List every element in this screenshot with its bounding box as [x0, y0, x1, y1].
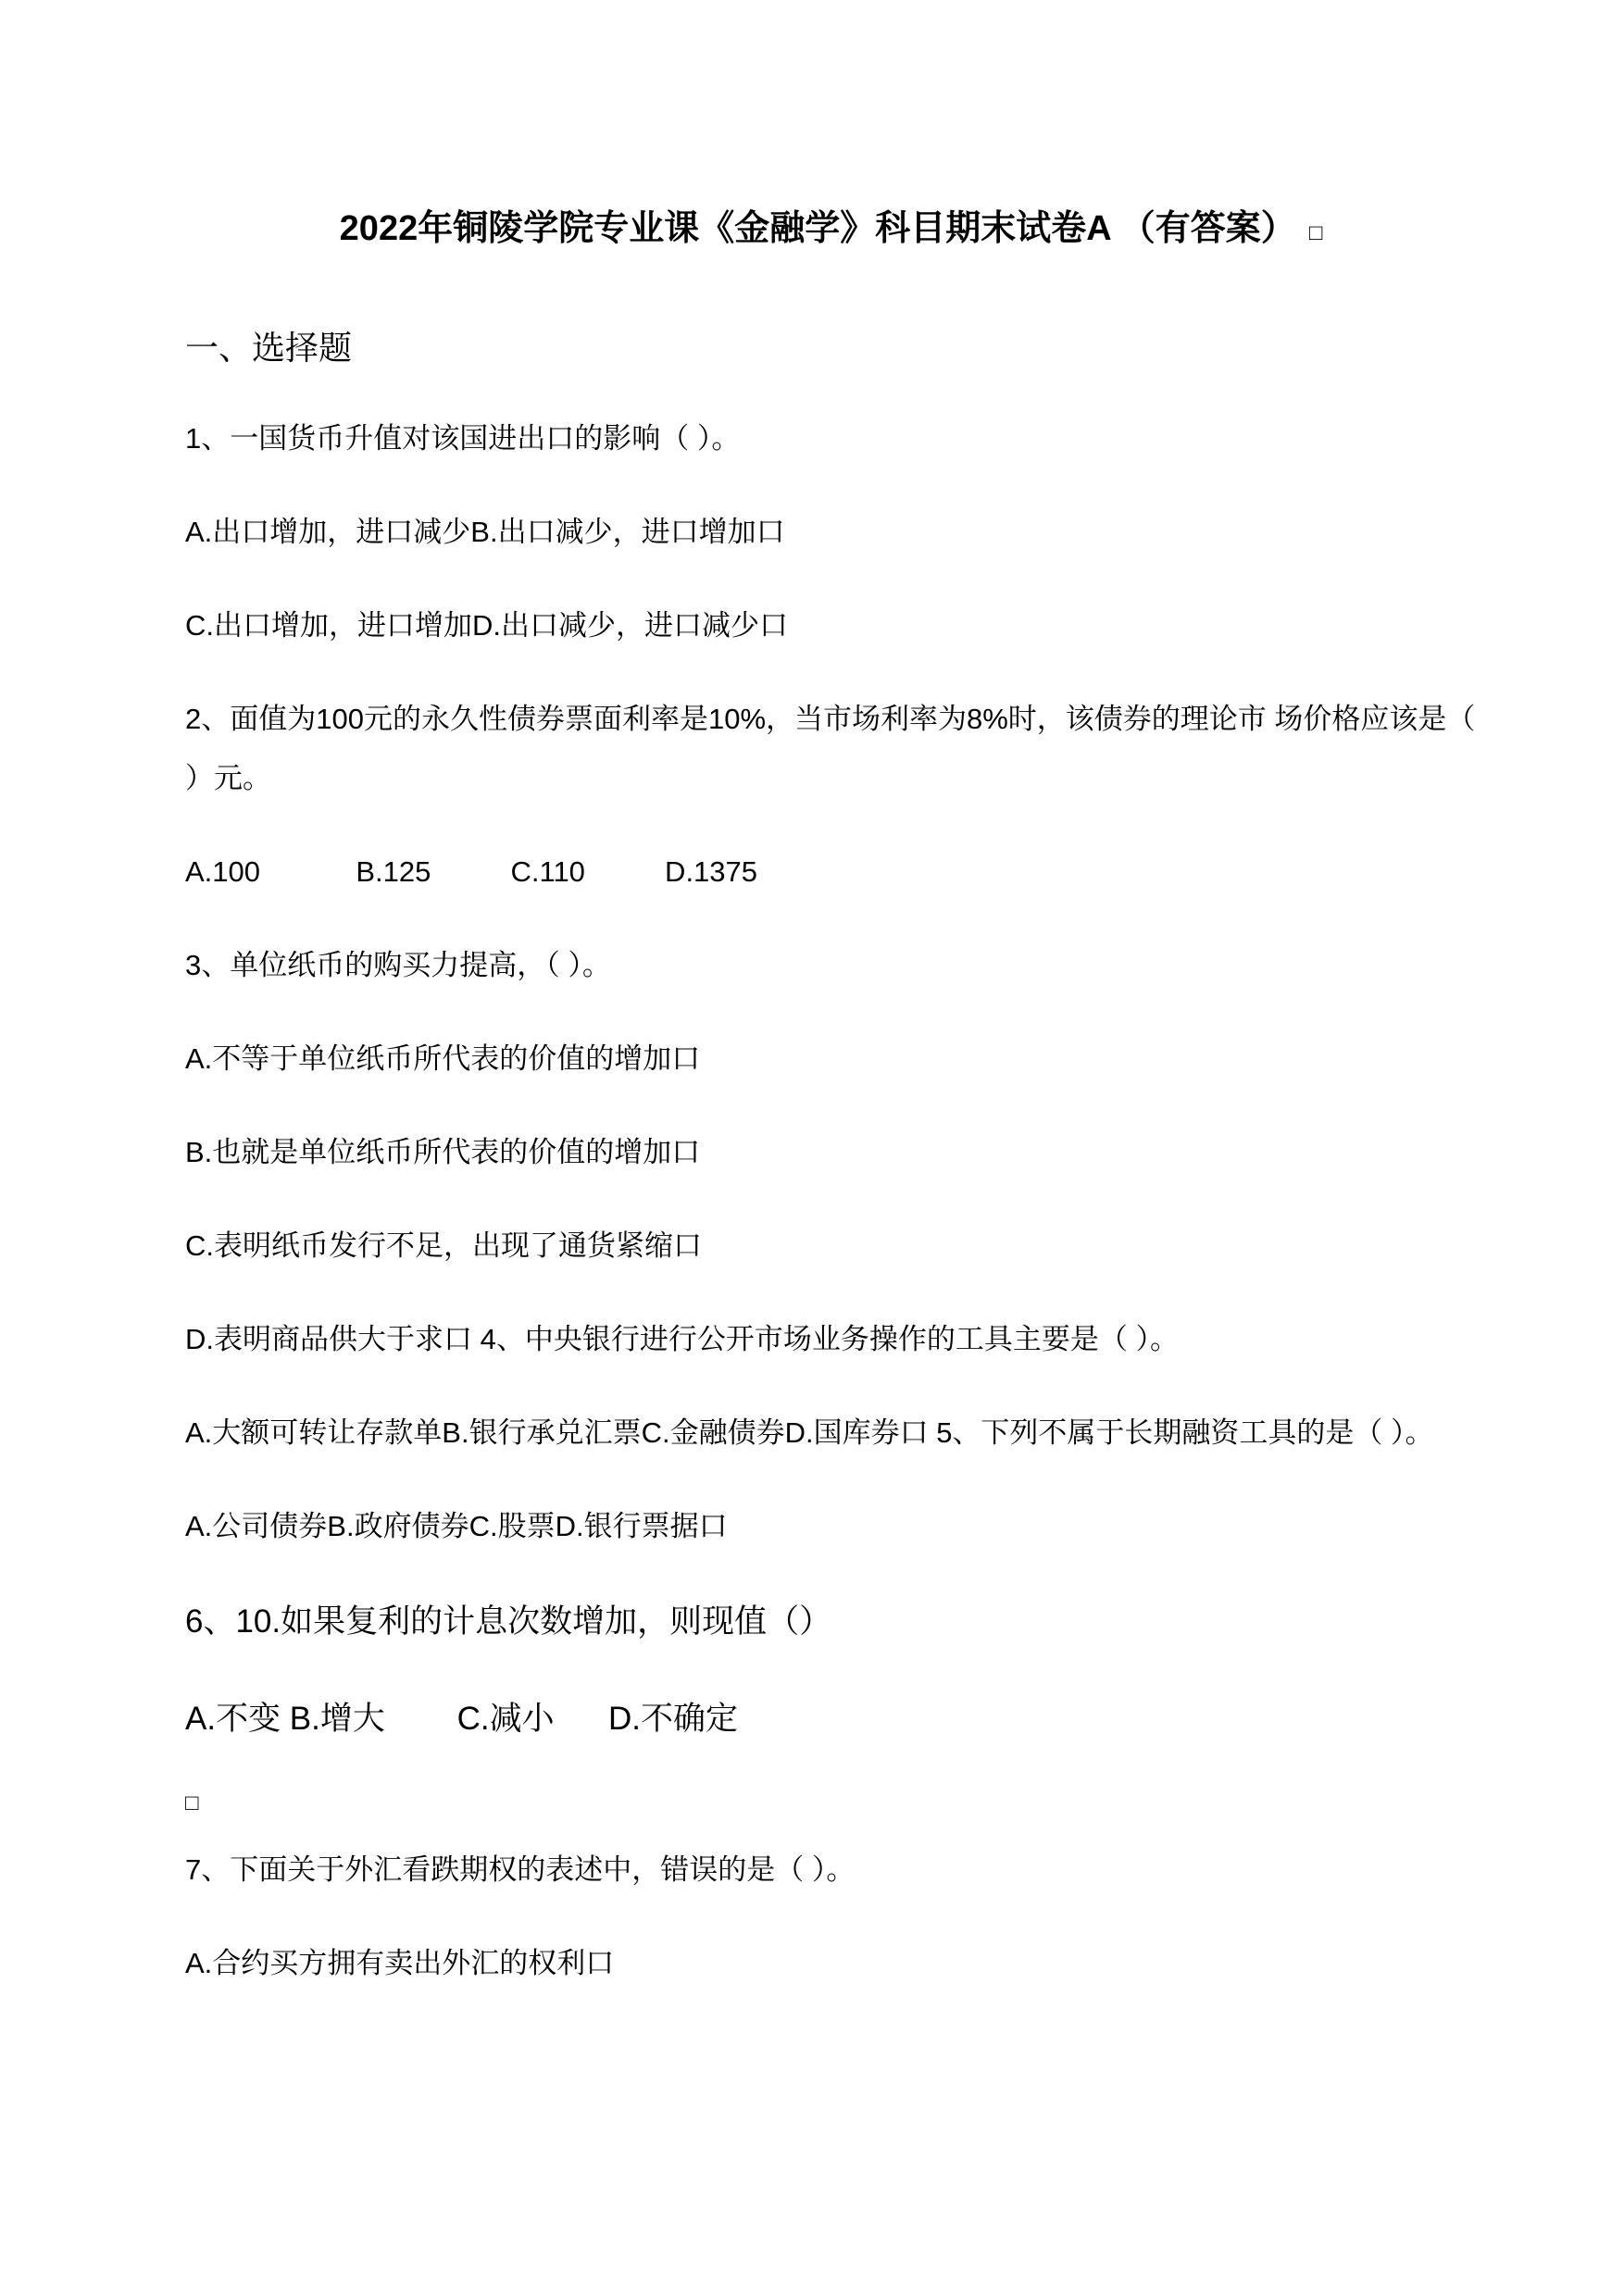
- q1-options-cd: C.出口增加，进口增加D.出口减少，进口减少口: [185, 596, 1477, 655]
- q5-options: A.公司债券B.政府债券C.股票D.银行票据口: [185, 1497, 1477, 1556]
- question-6: 6、10.如果复利的计息次数增加，则现值（）: [185, 1590, 1477, 1653]
- question-7: 7、下面关于外汇看跌期权的表述中，错误的是（ ）。: [185, 1840, 1477, 1900]
- question-3: 3、单位纸币的购买力提高，（ ）。: [185, 936, 1477, 995]
- document-title: 2022年铜陵学院专业课《金融学》科目期末试卷A （有答案）□: [185, 207, 1477, 255]
- question-1: 1、一国货币升值对该国进出口的影响（ ）。: [185, 409, 1477, 468]
- q3-option-d-question-4: D.表明商品供大于求口 4、中央银行进行公开市场业务操作的工具主要是（ ）。: [185, 1310, 1477, 1369]
- document-title-text: 2022年铜陵学院专业课《金融学》科目期末试卷A （有答案）: [340, 209, 1296, 248]
- q3-option-c: C.表明纸币发行不足，出现了通货紧缩口: [185, 1216, 1477, 1276]
- question-2: 2、面值为100元的永久性债券票面利率是10%，当市场利率为8%时，该债券的理论…: [185, 690, 1477, 808]
- q1-options-ab: A.出口增加，进口减少B.出口减少，进口增加口: [185, 503, 1477, 562]
- q3-option-b: B.也就是单位纸币所代表的价值的增加口: [185, 1123, 1477, 1182]
- q4-options-question-5: A.大额可转让存款单B.银行承兑汇票C.金融债券D.国库券口 5、下列不属于长期…: [185, 1403, 1477, 1463]
- q2-options: A.100 B.125 C.110 D.1375: [185, 842, 1477, 902]
- q6-options: A.不变 B.增大 C.减小 D.不确定: [185, 1688, 1477, 1751]
- exam-document-page: 2022年铜陵学院专业课《金融学》科目期末试卷A （有答案）□ 一、选择题 1、…: [0, 0, 1624, 2295]
- missing-glyph-box-icon: □: [1309, 220, 1323, 245]
- q3-option-a: A.不等于单位纸币所代表的价值的增加口: [185, 1029, 1477, 1089]
- q7-option-a: A.合约买方拥有卖出外汇的权利口: [185, 1934, 1477, 1993]
- section-heading-choice-questions: 一、选择题: [185, 328, 1477, 368]
- placeholder-box-glyph: □: [185, 1785, 1477, 1822]
